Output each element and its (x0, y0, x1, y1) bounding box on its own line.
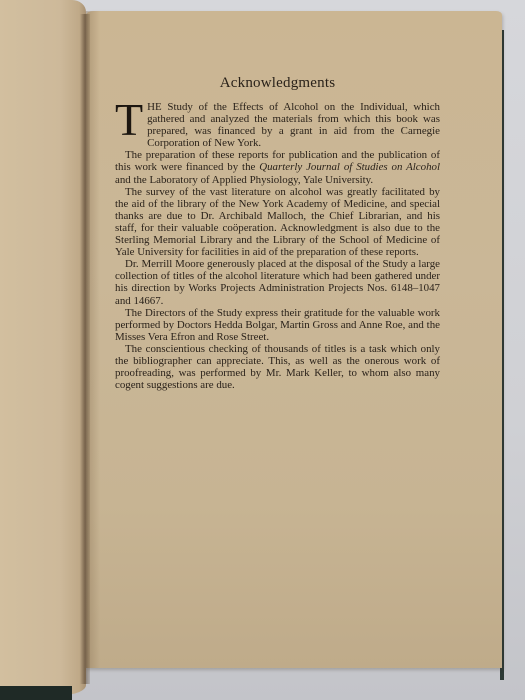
book-cover-edge-left (0, 686, 72, 700)
page-content: Acknowledgments THE Study of the Effects… (115, 74, 440, 391)
paragraph-2-text-b: and the Laboratory of Applied Physiology… (115, 174, 373, 186)
paragraph-3: The survey of the vast literature on alc… (115, 186, 440, 259)
paragraph-6: The conscientious checking of thousands … (115, 343, 440, 391)
paragraph-1: THE Study of the Effects of Alcohol on t… (115, 101, 440, 149)
paragraph-1-text: HE Study of the Effects of Alcohol on th… (147, 101, 440, 149)
left-page (0, 0, 86, 695)
paragraph-4: Dr. Merrill Moore generously placed at t… (115, 258, 440, 306)
journal-title-italic: Quarterly Journal of Studies on Alcohol (259, 161, 440, 173)
page-title: Acknowledgments (115, 74, 440, 92)
book-spine-gutter (80, 14, 90, 684)
paragraph-5: The Directors of the Study express their… (115, 307, 440, 343)
drop-cap: T (115, 102, 143, 138)
paragraph-2: The preparation of these reports for pub… (115, 149, 440, 185)
